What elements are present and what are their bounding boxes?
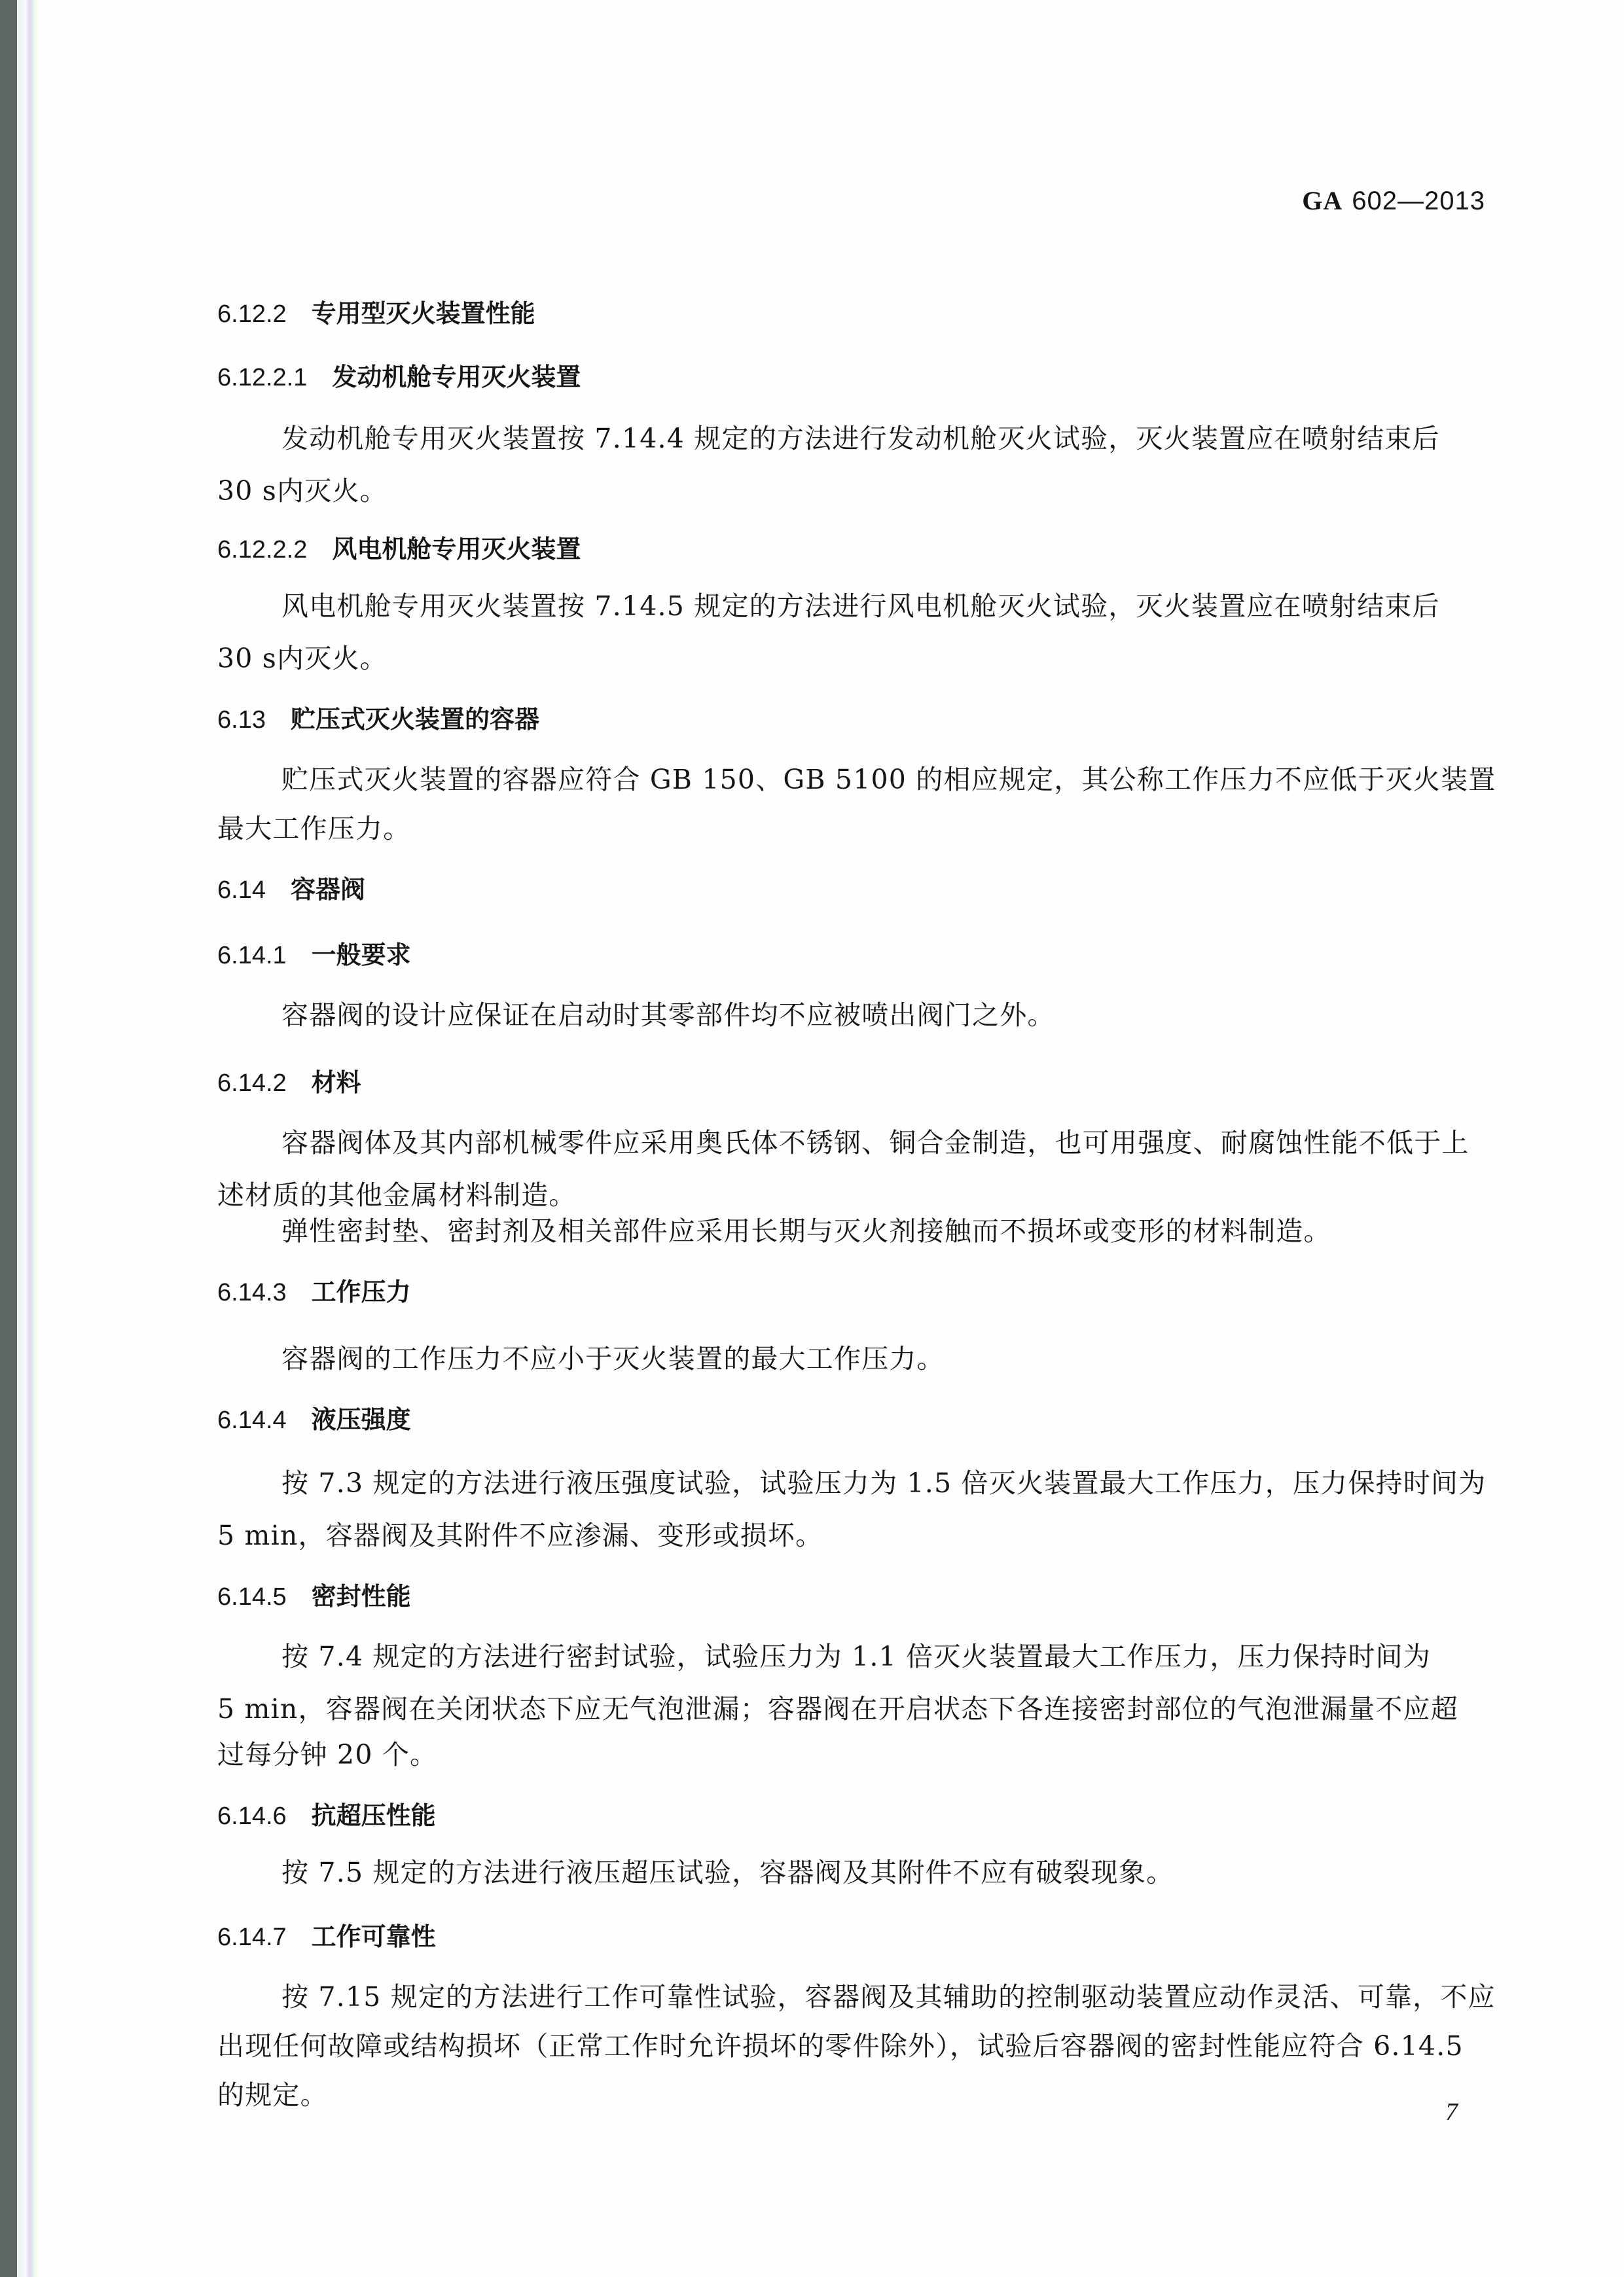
paragraph-line: 按 7.5 规定的方法进行液压超压试验，容器阀及其附件不应有破裂现象。 bbox=[281, 1851, 1174, 1890]
section-number: 6.12.2.1 bbox=[217, 364, 307, 392]
section-number: 6.13 bbox=[217, 706, 266, 734]
paragraph-line: 按 7.15 规定的方法进行工作可靠性试验，容器阀及其辅助的控制驱动装置应动作灵… bbox=[281, 1975, 1496, 2014]
section-number: 6.14.4 bbox=[217, 1407, 287, 1435]
document-page: GA602—2013 6.12.2专用型灭火装置性能 6.12.2.1发动机舱专… bbox=[0, 0, 1624, 2277]
standard-code: GA602—2013 bbox=[1302, 185, 1485, 216]
section-number: 6.12.2 bbox=[217, 300, 287, 329]
paragraph-line: 按 7.4 规定的方法进行密封试验，试验压力为 1.1 倍灭火装置最大工作压力，… bbox=[281, 1635, 1431, 1674]
standard-number: 602—2013 bbox=[1352, 187, 1485, 215]
section-number: 6.14.3 bbox=[217, 1279, 287, 1307]
section-heading-6-14-2: 6.14.2材料 bbox=[217, 1062, 361, 1098]
section-heading-6-13: 6.13贮压式灭火装置的容器 bbox=[217, 699, 539, 735]
paragraph-line: 出现任何故障或结构损坏（正常工作时允许损坏的零件除外），试验后容器阀的密封性能应… bbox=[217, 2024, 1464, 2063]
paragraph-line: 贮压式灭火装置的容器应符合 GB 150、GB 5100 的相应规定，其公称工作… bbox=[281, 758, 1496, 797]
paragraph-line: 5 min，容器阀在关闭状态下应无气泡泄漏；容器阀在开启状态下各连接密封部位的气… bbox=[217, 1687, 1458, 1726]
section-number: 6.14.7 bbox=[217, 1924, 287, 1952]
section-number: 6.14.5 bbox=[217, 1583, 287, 1611]
page-number: 7 bbox=[1445, 2098, 1458, 2126]
section-title: 抗超压性能 bbox=[312, 1802, 436, 1830]
paragraph-line: 按 7.3 规定的方法进行液压强度试验，试验压力为 1.5 倍灭火装置最大工作压… bbox=[281, 1461, 1486, 1500]
section-heading-6-12-2: 6.12.2专用型灭火装置性能 bbox=[217, 293, 535, 329]
section-title: 工作可靠性 bbox=[312, 1924, 436, 1951]
paragraph-line: 弹性密封垫、密封剂及相关部件应采用长期与灭火剂接触而不损坏或变形的材料制造。 bbox=[281, 1210, 1331, 1248]
paragraph-line: 最大工作压力。 bbox=[217, 807, 410, 846]
paragraph-line: 容器阀的设计应保证在启动时其零部件均不应被喷出阀门之外。 bbox=[281, 994, 1055, 1032]
section-number: 6.12.2.2 bbox=[217, 536, 307, 564]
section-title: 一般要求 bbox=[312, 942, 411, 969]
section-heading-6-14-6: 6.14.6抗超压性能 bbox=[217, 1795, 436, 1831]
paragraph-line: 30 s内灭火。 bbox=[217, 637, 388, 675]
paragraph-line: 30 s内灭火。 bbox=[217, 469, 388, 508]
section-title: 液压强度 bbox=[312, 1407, 411, 1434]
section-title: 材料 bbox=[312, 1069, 361, 1097]
section-title: 密封性能 bbox=[312, 1583, 411, 1611]
paragraph-line: 发动机舱专用灭火装置按 7.14.4 规定的方法进行发动机舱灭火试验，灭火装置应… bbox=[281, 417, 1440, 456]
section-heading-6-12-2-2: 6.12.2.2风电机舱专用灭火装置 bbox=[217, 529, 581, 565]
section-title: 专用型灭火装置性能 bbox=[312, 300, 535, 328]
section-number: 6.14 bbox=[217, 876, 266, 905]
section-title: 工作压力 bbox=[312, 1279, 411, 1306]
section-number: 6.14.2 bbox=[217, 1069, 287, 1098]
section-heading-6-14-7: 6.14.7工作可靠性 bbox=[217, 1916, 436, 1952]
section-heading-6-14-1: 6.14.1一般要求 bbox=[217, 935, 411, 971]
paragraph-line: 过每分钟 20 个。 bbox=[217, 1733, 437, 1772]
section-heading-6-12-2-1: 6.12.2.1发动机舱专用灭火装置 bbox=[217, 357, 581, 393]
paragraph-line: 的规定。 bbox=[217, 2073, 328, 2112]
section-title: 发动机舱专用灭火装置 bbox=[332, 364, 581, 391]
paragraph-line: 风电机舱专用灭火装置按 7.14.5 规定的方法进行风电机舱灭火试验，灭火装置应… bbox=[281, 584, 1440, 623]
standard-prefix: GA bbox=[1302, 186, 1343, 215]
section-heading-6-14: 6.14容器阀 bbox=[217, 869, 365, 905]
paragraph-line: 述材质的其他金属材料制造。 bbox=[217, 1174, 577, 1212]
section-title: 贮压式灭火装置的容器 bbox=[291, 706, 539, 734]
paragraph-line: 容器阀体及其内部机械零件应采用奥氏体不锈钢、铜合金制造，也可用强度、耐腐蚀性能不… bbox=[281, 1121, 1470, 1160]
section-title: 容器阀 bbox=[291, 876, 365, 904]
section-heading-6-14-3: 6.14.3工作压力 bbox=[217, 1272, 411, 1308]
section-title: 风电机舱专用灭火装置 bbox=[332, 536, 581, 564]
section-heading-6-14-4: 6.14.4液压强度 bbox=[217, 1399, 411, 1435]
section-number: 6.14.1 bbox=[217, 942, 287, 970]
paragraph-line: 容器阀的工作压力不应小于灭火装置的最大工作压力。 bbox=[281, 1337, 945, 1376]
section-number: 6.14.6 bbox=[217, 1802, 287, 1831]
paragraph-line: 5 min，容器阀及其附件不应渗漏、变形或损坏。 bbox=[217, 1514, 823, 1552]
section-heading-6-14-5: 6.14.5密封性能 bbox=[217, 1576, 411, 1612]
